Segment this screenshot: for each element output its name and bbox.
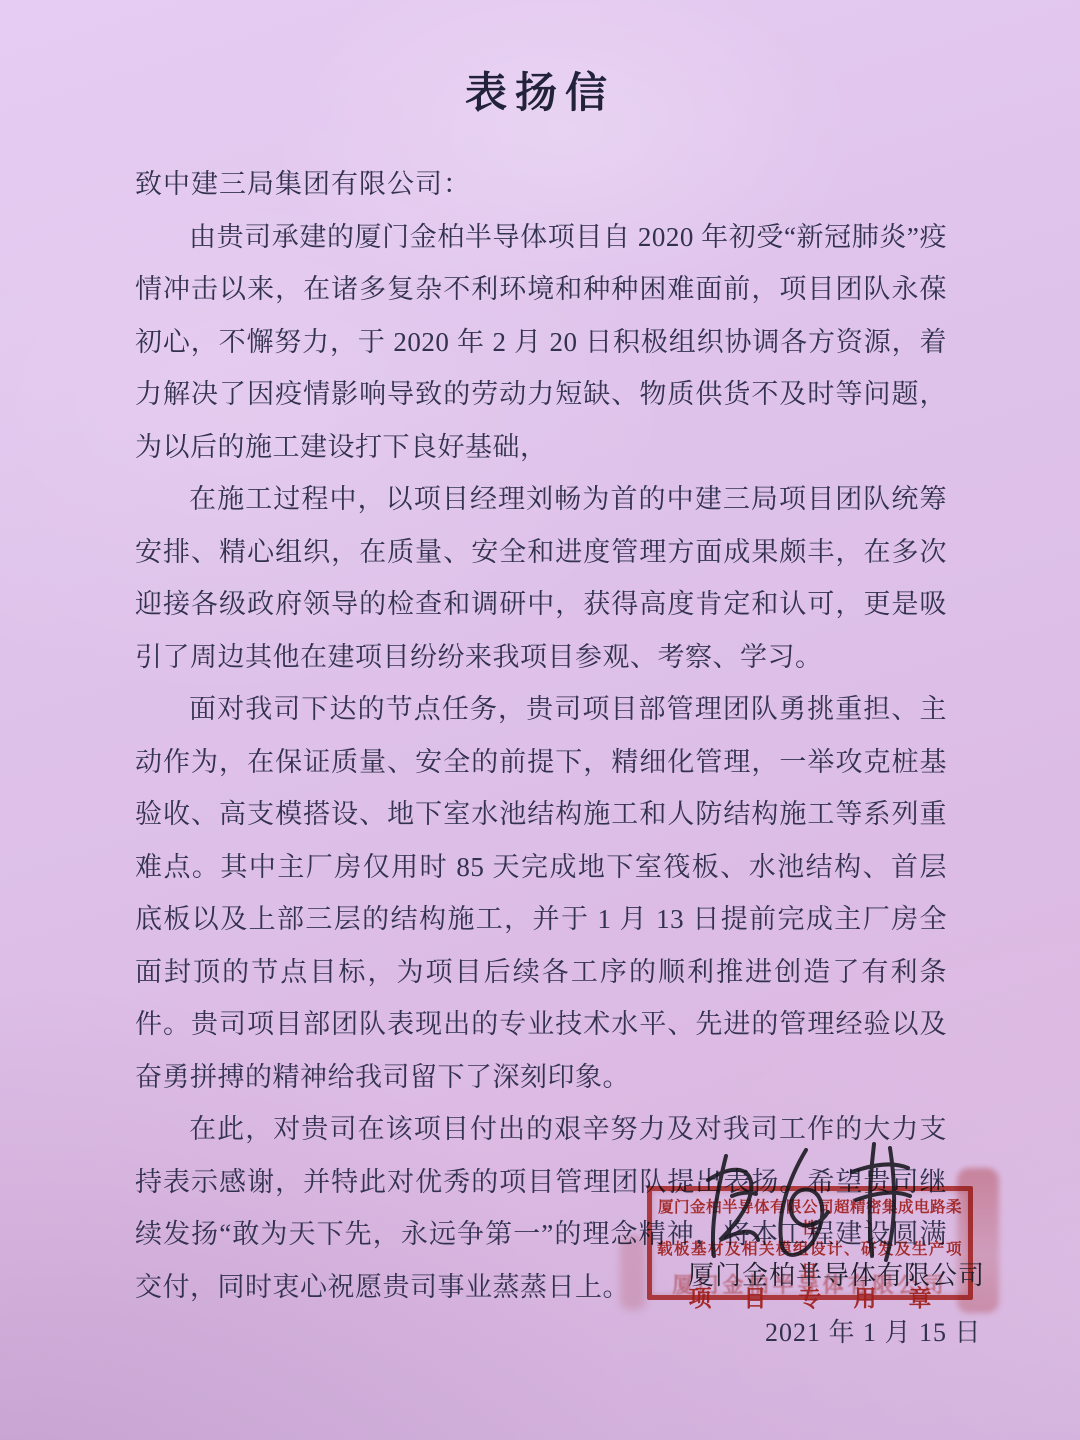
paragraph-1: 由贵司承建的厦门金柏半导体项目自 2020 年初受“新冠肺炎”疫情冲击以来，在诸… <box>135 211 947 474</box>
letter-photo: 表扬信 致中建三局集团有限公司： 由贵司承建的厦门金柏半导体项目自 2020 年… <box>0 0 1080 1440</box>
red-ink-smudge-right <box>957 1168 999 1313</box>
red-ink-smudge-left <box>620 1235 646 1310</box>
letter-title: 表扬信 <box>0 60 1080 120</box>
date-line: 2021 年 1 月 15 日 <box>765 1312 982 1349</box>
salutation-line: 致中建三局集团有限公司： <box>135 158 947 211</box>
paragraph-2: 在施工过程中，以项目经理刘畅为首的中建三局项目团队统筹安排、精心组织，在质量、安… <box>135 473 947 683</box>
paragraph-3: 面对我司下达的节点任务，贵司项目部管理团队勇挑重担、主动作为，在保证质量、安全的… <box>135 683 947 1103</box>
company-signature-text: 厦门金柏半导体有限公司 <box>688 1255 958 1292</box>
